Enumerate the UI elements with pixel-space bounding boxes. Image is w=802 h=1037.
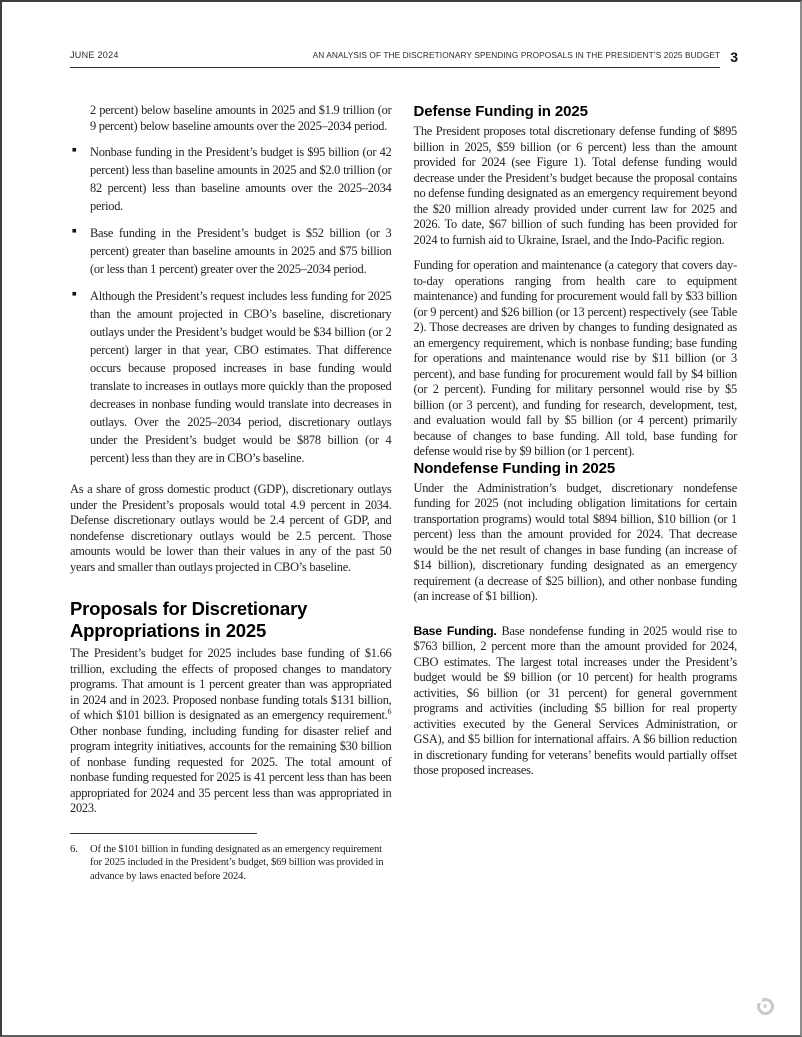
base-funding-text: Base nondefense funding in 2025 would ri… xyxy=(414,624,738,778)
footnote: 6. Of the $101 billion in funding design… xyxy=(70,843,392,884)
base-funding-runin-heading: Base Funding. xyxy=(414,624,497,638)
bullet-item: Base funding in the President’s budget i… xyxy=(70,224,392,278)
footnote-number: 6. xyxy=(70,843,90,884)
footnote-reference: 6 xyxy=(388,707,392,716)
nondefense-paragraph: Under the Administration’s budget, discr… xyxy=(414,481,738,605)
bullet-text: Nonbase funding in the President’s budge… xyxy=(90,145,392,213)
footnote-divider xyxy=(70,833,257,834)
floating-action-button[interactable] xyxy=(757,998,774,1015)
page-number: 3 xyxy=(730,49,738,68)
proposals-paragraph-part1: The President’s budget for 2025 includes… xyxy=(70,646,392,722)
header-date: JUNE 2024 xyxy=(70,50,119,60)
document-page: JUNE 2024 AN ANALYSIS OF THE DISCRETIONA… xyxy=(0,0,802,1037)
defense-heading: Defense Funding in 2025 xyxy=(414,103,738,121)
page-body: 2 percent) below baseline amounts in 202… xyxy=(70,103,737,883)
bullet-text: Although the President’s request include… xyxy=(90,289,392,465)
header-title: AN ANALYSIS OF THE DISCRETIONARY SPENDIN… xyxy=(313,50,721,60)
bullet-text: Base funding in the President’s budget i… xyxy=(90,226,392,276)
bullet-list: Nonbase funding in the President’s budge… xyxy=(70,143,392,467)
header-rule: JUNE 2024 AN ANALYSIS OF THE DISCRETIONA… xyxy=(70,50,720,68)
proposals-paragraph-part2: Other nonbase funding, including funding… xyxy=(70,724,392,816)
bullet-item: Although the President’s request include… xyxy=(70,287,392,467)
defense-paragraph-1: The President proposes total discretiona… xyxy=(414,124,738,248)
section-heading-proposals: Proposals for Discretionary Appropriatio… xyxy=(70,598,392,641)
gdp-paragraph: As a share of gross domestic product (GD… xyxy=(70,482,392,575)
defense-paragraph-2: Funding for operation and maintenance (a… xyxy=(414,258,738,460)
right-column: Defense Funding in 2025 The President pr… xyxy=(414,103,738,883)
base-funding-paragraph: Base Funding. Base nondefense funding in… xyxy=(414,624,738,779)
left-column: 2 percent) below baseline amounts in 202… xyxy=(70,103,392,883)
footnote-text: Of the $101 billion in funding designate… xyxy=(90,843,392,884)
circular-ring-icon xyxy=(757,998,774,1015)
page-header: JUNE 2024 AN ANALYSIS OF THE DISCRETIONA… xyxy=(70,49,738,68)
bullet-item: Nonbase funding in the President’s budge… xyxy=(70,143,392,215)
proposals-paragraph: The President’s budget for 2025 includes… xyxy=(70,646,392,817)
nondefense-heading: Nondefense Funding in 2025 xyxy=(414,460,738,478)
bullet-continuation: 2 percent) below baseline amounts in 202… xyxy=(70,103,392,134)
footnote-block: 6. Of the $101 billion in funding design… xyxy=(70,833,392,884)
